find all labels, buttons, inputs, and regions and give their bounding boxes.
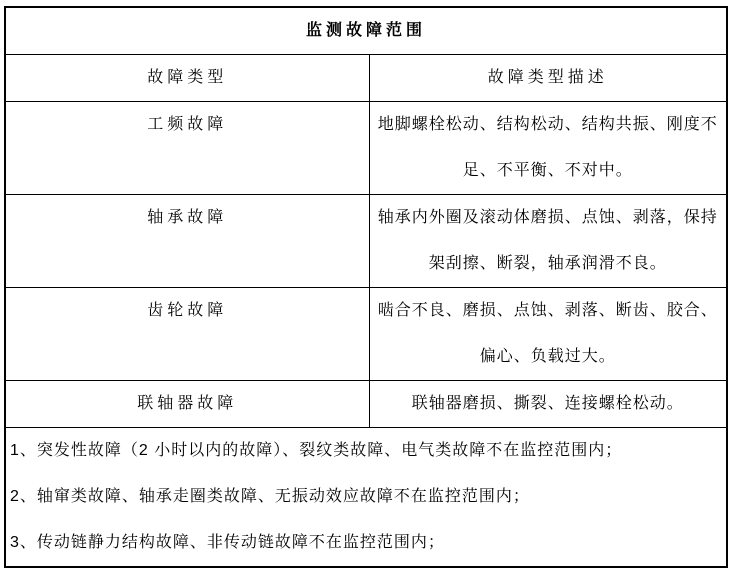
fault-description-cell: 啮合不良、磨损、点蚀、剥落、断齿、胶合、偏心、负载过大。 <box>369 288 727 381</box>
table-row: 联轴器故障 联轴器磨损、撕裂、连接螺栓松动。 <box>5 381 727 428</box>
table-row: 齿轮故障 啮合不良、磨损、点蚀、剥落、断齿、胶合、偏心、负载过大。 <box>5 288 727 381</box>
column-header-fault-type: 故障类型 <box>5 55 369 102</box>
document-page: 监测故障范围 故障类型 故障类型描述 工频故障 地脚螺栓松动、结构松动、结构共振… <box>0 0 730 562</box>
table-row: 轴承故障 轴承内外圈及滚动体磨损、点蚀、剥落，保持架刮擦、断裂，轴承润滑不良。 <box>5 195 727 288</box>
fault-type-cell: 齿轮故障 <box>5 288 369 381</box>
table-row: 工频故障 地脚螺栓松动、结构松动、结构共振、刚度不足、不平衡、不对中。 <box>5 102 727 195</box>
fault-type-cell: 工频故障 <box>5 102 369 195</box>
title-row: 监测故障范围 <box>5 7 727 55</box>
notes-row: 1、突发性故障（2 小时以内的故障）、裂纹类故障、电气类故障不在监控范围内； 2… <box>5 428 727 568</box>
notes-section: 1、突发性故障（2 小时以内的故障）、裂纹类故障、电气类故障不在监控范围内； 2… <box>5 428 727 568</box>
fault-description-cell: 轴承内外圈及滚动体磨损、点蚀、剥落，保持架刮擦、断裂，轴承润滑不良。 <box>369 195 727 288</box>
note-item: 1、突发性故障（2 小时以内的故障）、裂纹类故障、电气类故障不在监控范围内； <box>10 428 722 474</box>
fault-type-cell: 轴承故障 <box>5 195 369 288</box>
table-title: 监测故障范围 <box>5 7 727 55</box>
fault-description-cell: 地脚螺栓松动、结构松动、结构共振、刚度不足、不平衡、不对中。 <box>369 102 727 195</box>
fault-type-cell: 联轴器故障 <box>5 381 369 428</box>
fault-scope-table: 监测故障范围 故障类型 故障类型描述 工频故障 地脚螺栓松动、结构松动、结构共振… <box>4 6 728 568</box>
column-header-fault-description: 故障类型描述 <box>369 55 727 102</box>
header-row: 故障类型 故障类型描述 <box>5 55 727 102</box>
note-item: 2、轴窜类故障、轴承走圈类故障、无振动效应故障不在监控范围内； <box>10 474 722 520</box>
fault-description-cell: 联轴器磨损、撕裂、连接螺栓松动。 <box>369 381 727 428</box>
note-item: 3、传动链静力结构故障、非传动链故障不在监控范围内； <box>10 520 722 566</box>
